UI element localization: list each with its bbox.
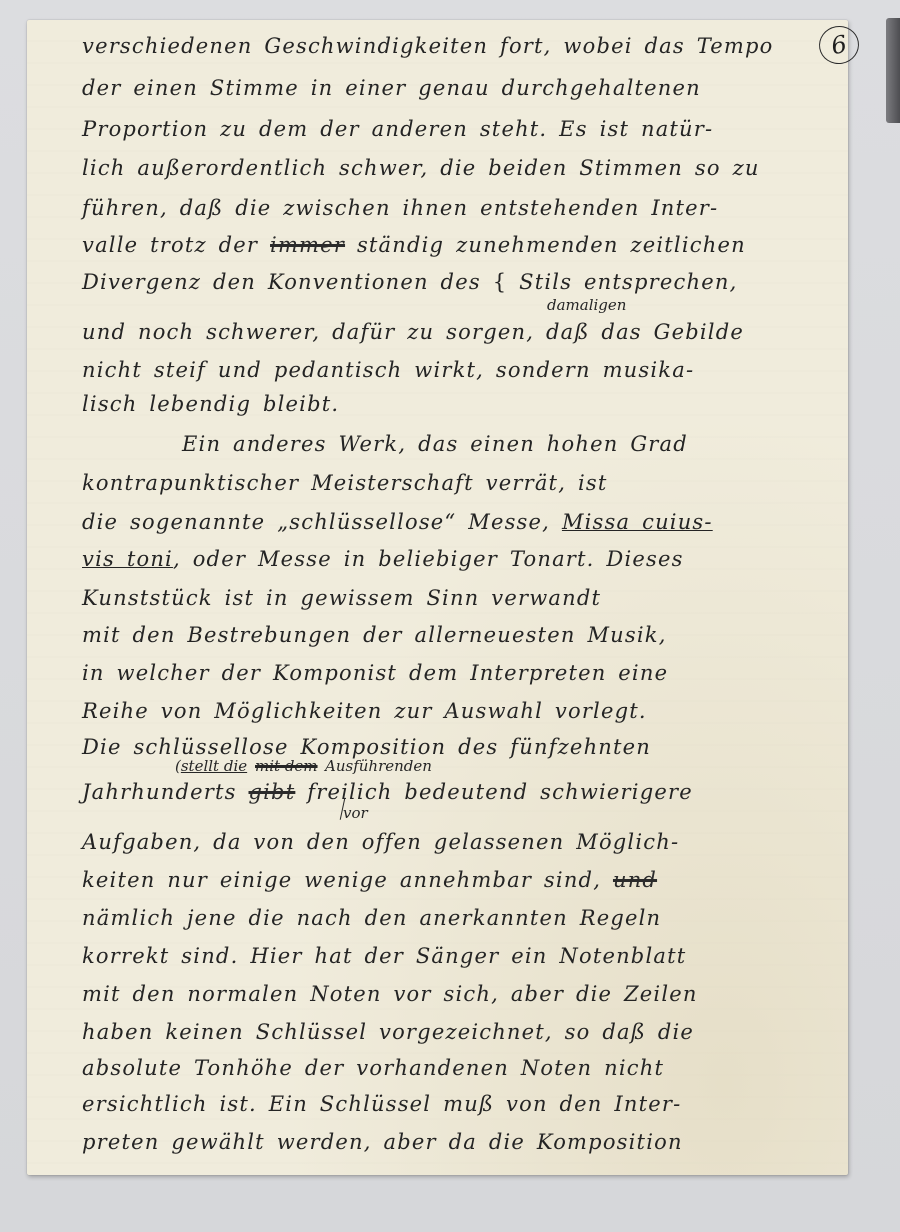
- line-text: Kunststück ist in gewissem Sinn verwandt: [82, 586, 601, 610]
- line-text: Jahrhunderts: [82, 780, 237, 804]
- line-text: führen, daß die zwischen ihnen entstehen…: [82, 196, 718, 220]
- manuscript-page: 6 verschiedenen Geschwindigkeiten fort, …: [27, 20, 848, 1175]
- text-line: Proportion zu dem der anderen steht. Es …: [82, 117, 713, 141]
- line-text: absolute Tonhöhe der vorhandenen Noten n…: [82, 1056, 664, 1080]
- text-line: lich außerordentlich schwer, die beiden …: [82, 156, 760, 180]
- text-line: nicht steif und pedantisch wirkt, sonder…: [82, 358, 694, 382]
- text-line: vis toni, oder Messe in beliebiger Tonar…: [82, 547, 684, 571]
- line-text: mit den normalen Noten vor sich, aber di…: [82, 982, 698, 1006]
- page-number: 6: [829, 30, 849, 60]
- line-text: der einen Stimme in einer genau durchgeh…: [82, 76, 701, 100]
- underlined-title: Missa cuius-: [562, 510, 713, 534]
- line-text: lich außerordentlich schwer, die beiden …: [82, 156, 760, 180]
- text-line: mit den Bestrebungen der allerneuesten M…: [82, 623, 667, 647]
- text-line: Die schlüssellose Komposition des fünfze…: [82, 735, 651, 759]
- line-text: freilich bedeutend schwierigere: [307, 780, 693, 804]
- text-line: ersichtlich ist. Ein Schlüssel muß von d…: [82, 1092, 681, 1116]
- text-line: haben keinen Schlüssel vorgezeichnet, so…: [82, 1020, 694, 1044]
- text-line: korrekt sind. Hier hat der Sänger ein No…: [82, 944, 686, 968]
- text-line: Reihe von Möglichkeiten zur Auswahl vorl…: [82, 699, 647, 723]
- text-line: nämlich jene die nach den anerkannten Re…: [82, 906, 661, 930]
- line-text: haben keinen Schlüssel vorgezeichnet, so…: [82, 1020, 694, 1044]
- line-text: Divergenz den Konventionen des: [82, 270, 481, 294]
- struck-insertion: mit dem: [255, 757, 318, 775]
- line-text: verschiedenen Geschwindigkeiten fort, wo…: [82, 34, 774, 58]
- text-line: und noch schwerer, dafür zu sorgen, daß …: [82, 320, 744, 344]
- insertion-text: stellt die: [181, 757, 247, 775]
- line-text: lisch lebendig bleibt.: [82, 392, 339, 416]
- text-line: lisch lebendig bleibt.: [82, 392, 339, 416]
- text-line: mit den normalen Noten vor sich, aber di…: [82, 982, 698, 1006]
- line-text: keiten nur einige wenige annehmbar sind,: [82, 868, 601, 892]
- line-text: in welcher der Komponist dem Interpreten…: [82, 661, 668, 685]
- line-text: valle trotz der: [82, 233, 258, 257]
- text-line: keiten nur einige wenige annehmbar sind,…: [82, 868, 657, 892]
- text-line: Kunststück ist in gewissem Sinn verwandt: [82, 586, 601, 610]
- text-line: die sogenannte „schlüssellose“ Messe, Mi…: [82, 510, 713, 534]
- line-text: Reihe von Möglichkeiten zur Auswahl vorl…: [82, 699, 647, 723]
- line-text: Aufgaben, da von den offen gelassenen Mö…: [82, 830, 679, 854]
- insertion-damaligen: damaligen: [547, 296, 626, 314]
- adjacent-object-edge: [886, 18, 900, 123]
- line-text: nämlich jene die nach den anerkannten Re…: [82, 906, 661, 930]
- struck-word: und: [613, 868, 657, 892]
- line-text: mit den Bestrebungen der allerneuesten M…: [82, 623, 667, 647]
- text-line: absolute Tonhöhe der vorhandenen Noten n…: [82, 1056, 664, 1080]
- line-text: Die schlüssellose Komposition des fünfze…: [82, 735, 651, 759]
- text-line: der einen Stimme in einer genau durchgeh…: [82, 76, 701, 100]
- insertion-ausfuehrenden: Ausführenden: [325, 757, 432, 775]
- text-line: verschiedenen Geschwindigkeiten fort, wo…: [82, 34, 774, 58]
- text-line: Divergenz den Konventionen des { Stils e…: [82, 270, 737, 294]
- line-text: korrekt sind. Hier hat der Sänger ein No…: [82, 944, 686, 968]
- text-line: kontrapunktischer Meisterschaft verrät, …: [82, 471, 607, 495]
- text-line: führen, daß die zwischen ihnen entstehen…: [82, 196, 718, 220]
- line-text: kontrapunktischer Meisterschaft verrät, …: [82, 471, 607, 495]
- line-text: Stils entsprechen,: [519, 270, 737, 294]
- text-line: in welcher der Komponist dem Interpreten…: [82, 661, 668, 685]
- line-text: ständig zunehmenden zeitlichen: [357, 233, 746, 257]
- insertion-vor: vor: [343, 804, 368, 822]
- line-text: und noch schwerer, dafür zu sorgen, daß …: [82, 320, 744, 344]
- insertion-bracket: {: [493, 270, 508, 294]
- text-line: Aufgaben, da von den offen gelassenen Mö…: [82, 830, 679, 854]
- text-line: preten gewählt werden, aber da die Kompo…: [82, 1130, 683, 1154]
- text-line: valle trotz der immer ständig zunehmende…: [82, 233, 746, 257]
- text-line: Ein anderes Werk, das einen hohen Grad: [182, 432, 688, 456]
- line-text: ersichtlich ist. Ein Schlüssel muß von d…: [82, 1092, 681, 1116]
- line-text: nicht steif und pedantisch wirkt, sonder…: [82, 358, 694, 382]
- line-text: Proportion zu dem der anderen steht. Es …: [82, 117, 713, 141]
- line-text: die sogenannte „schlüssellose“ Messe,: [82, 510, 550, 534]
- struck-word: immer: [270, 233, 345, 257]
- underlined-title: vis toni: [82, 547, 173, 571]
- text-line: Jahrhunderts gibt freilich bedeutend sch…: [82, 780, 693, 804]
- insertion-stellt-die: (stellt die: [175, 757, 247, 775]
- line-text: Ein anderes Werk, das einen hohen Grad: [182, 432, 688, 456]
- line-text: preten gewählt werden, aber da die Kompo…: [82, 1130, 683, 1154]
- struck-word: gibt: [249, 780, 296, 804]
- line-text: , oder Messe in beliebiger Tonart. Diese…: [173, 547, 684, 571]
